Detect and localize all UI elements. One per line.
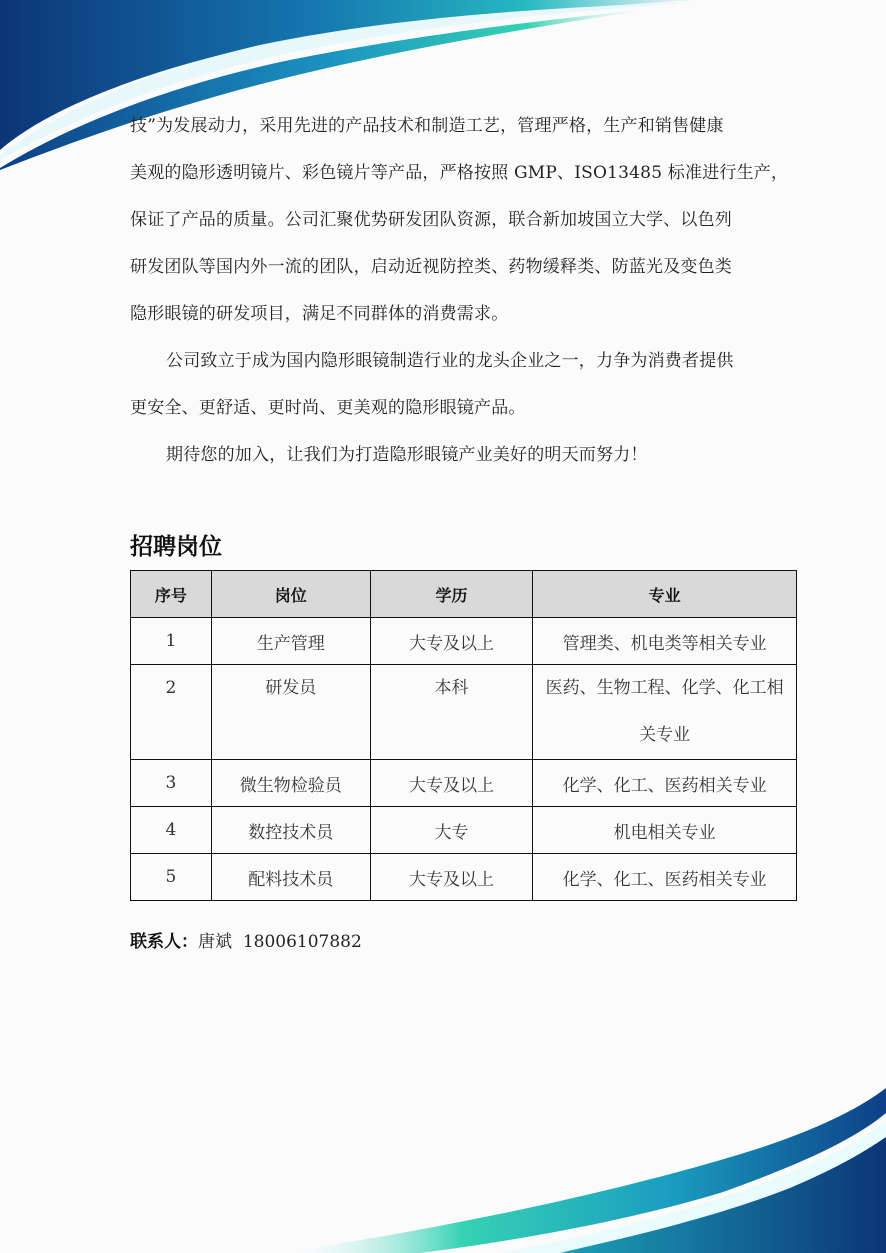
- cell-education: 大专及以上: [370, 854, 533, 901]
- cell-education: 大专及以上: [370, 760, 533, 807]
- text-line: 期待您的加入，让我们为打造隐形眼镜产业美好的明天而努力！: [130, 432, 760, 479]
- text-line: 保证了产品的质量。公司汇聚优势研发团队资源，联合新加坡国立大学、以色列: [130, 197, 760, 244]
- intro-paragraph-2: 公司致立于成为国内隐形眼镜制造行业的龙头企业之一，力争为消费者提供 更安全、更舒…: [130, 338, 760, 432]
- cell-education: 大专及以上: [370, 618, 533, 665]
- cell-no: 1: [131, 618, 212, 665]
- cell-no: 4: [131, 807, 212, 854]
- header-major: 专业: [533, 571, 797, 618]
- recruitment-title: 招聘岗位: [130, 528, 222, 561]
- cell-no: 5: [131, 854, 212, 901]
- table-row: 2 研发员 本科 医药、生物工程、化学、化工相关专业: [131, 665, 797, 760]
- text-line: 技”为发展动力，采用先进的产品技术和制造工艺，管理严格，生产和销售健康: [130, 103, 760, 150]
- cell-major: 管理类、机电类等相关专业: [533, 618, 797, 665]
- contact-phone: 18006107882: [243, 932, 362, 952]
- cell-position: 微生物检验员: [211, 760, 370, 807]
- intro-paragraph-1: 技”为发展动力，采用先进的产品技术和制造工艺，管理严格，生产和销售健康 美观的隐…: [130, 103, 760, 338]
- text-line: 更安全、更舒适、更时尚、更美观的隐形眼镜产品。: [130, 385, 760, 432]
- table-row: 1 生产管理 大专及以上 管理类、机电类等相关专业: [131, 618, 797, 665]
- text-line: 研发团队等国内外一流的团队，启动近视防控类、药物缓释类、防蓝光及变色类: [130, 244, 760, 291]
- cell-no: 3: [131, 760, 212, 807]
- text-line: 美观的隐形透明镜片、彩色镜片等产品，严格按照 GMP、ISO13485 标准进行…: [130, 150, 760, 197]
- table-header-row: 序号 岗位 学历 专业: [131, 571, 797, 618]
- header-position: 岗位: [211, 571, 370, 618]
- cell-position: 配料技术员: [211, 854, 370, 901]
- text-line: 隐形眼镜的研发项目，满足不同群体的消费需求。: [130, 291, 760, 338]
- cell-education: 本科: [370, 665, 533, 760]
- contact-name: 唐斌: [198, 932, 232, 952]
- cell-position: 研发员: [211, 665, 370, 760]
- contact-label: 联系人：: [130, 932, 198, 952]
- table-row: 3 微生物检验员 大专及以上 化学、化工、医药相关专业: [131, 760, 797, 807]
- cell-no: 2: [131, 665, 212, 760]
- table-row: 4 数控技术员 大专 机电相关专业: [131, 807, 797, 854]
- intro-paragraph-3: 期待您的加入，让我们为打造隐形眼镜产业美好的明天而努力！: [130, 432, 760, 479]
- cell-education: 大专: [370, 807, 533, 854]
- table-row: 5 配料技术员 大专及以上 化学、化工、医药相关专业: [131, 854, 797, 901]
- contact-info: 联系人：唐斌 18006107882: [130, 927, 362, 952]
- cell-major: 化学、化工、医药相关专业: [533, 760, 797, 807]
- cell-position: 数控技术员: [211, 807, 370, 854]
- cell-major: 化学、化工、医药相关专业: [533, 854, 797, 901]
- header-no: 序号: [131, 571, 212, 618]
- recruitment-table: 序号 岗位 学历 专业 1 生产管理 大专及以上 管理类、机电类等相关专业 2 …: [130, 570, 797, 901]
- header-education: 学历: [370, 571, 533, 618]
- cell-major: 医药、生物工程、化学、化工相关专业: [533, 665, 797, 760]
- bottom-wave-decoration: [0, 1053, 886, 1253]
- cell-position: 生产管理: [211, 618, 370, 665]
- text-line: 公司致立于成为国内隐形眼镜制造行业的龙头企业之一，力争为消费者提供: [130, 338, 760, 385]
- cell-major: 机电相关专业: [533, 807, 797, 854]
